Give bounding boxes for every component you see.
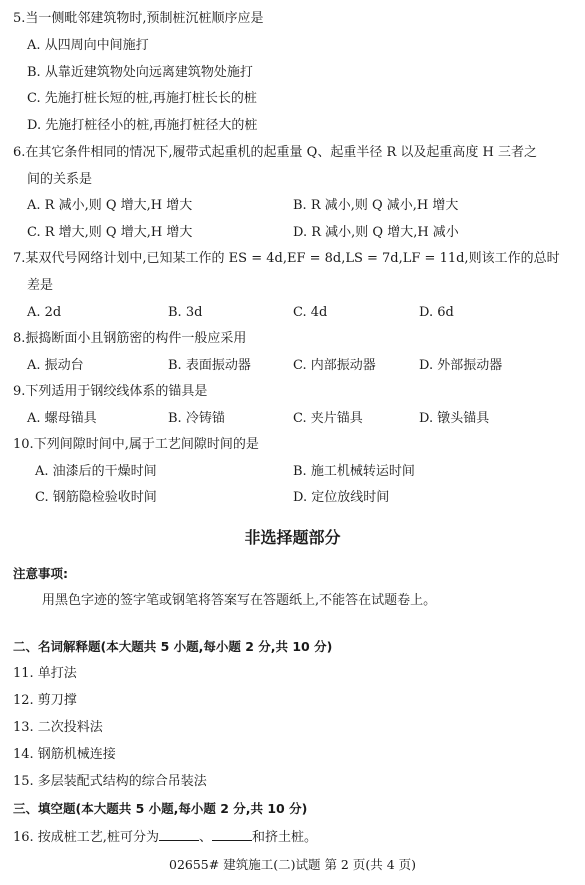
term-item-11: 11. 单打法 xyxy=(13,666,77,682)
q9-option-a: A. 螺母锚具 xyxy=(27,411,97,427)
q9-option-b: B. 冷铸锚 xyxy=(168,411,225,427)
q8-option-b: B. 表面振动器 xyxy=(168,358,251,374)
term-item-15: 15. 多层装配式结构的综合吊装法 xyxy=(13,774,207,790)
term-item-13: 13. 二次投料法 xyxy=(13,720,103,736)
section-3-heading: 三、填空题(本大题共 5 小题,每小题 2 分,共 10 分) xyxy=(13,801,307,817)
question-7-stem: 7.某双代号网络计划中,已知某工作的 ES = 4d,EF = 8d,LS = … xyxy=(13,251,560,267)
q6-option-c: C. R 增大,则 Q 增大,H 增大 xyxy=(27,225,192,241)
question-text: 16. 按成桩工艺,桩可分为 xyxy=(13,830,159,845)
question-text: 某双代号网络计划中,已知某工作的 ES = 4d,EF = 8d,LS = 7d… xyxy=(25,251,559,266)
question-text: 振捣断面小且钢筋密的构件一般应采用 xyxy=(25,331,246,346)
question-number: 5. xyxy=(13,11,25,26)
q7-option-a: A. 2d xyxy=(27,305,61,321)
q10-option-d: D. 定位放线时间 xyxy=(293,490,389,506)
q5-option-d: D. 先施打桩径小的桩,再施打桩径大的桩 xyxy=(27,118,257,134)
question-text: 下列适用于钢绞线体系的锚具是 xyxy=(25,384,207,399)
question-6-stem: 6.在其它条件相同的情况下,履带式起重机的起重量 Q、起重半径 R 以及起重高度… xyxy=(13,145,537,161)
question-number: 7. xyxy=(13,251,25,266)
q9-option-d: D. 镦头锚具 xyxy=(419,411,489,427)
term-item-14: 14. 钢筋机械连接 xyxy=(13,747,116,763)
q5-option-a: A. 从四周向中间施打 xyxy=(27,38,149,54)
q10-option-b: B. 施工机械转运时间 xyxy=(293,464,415,480)
q5-option-b: B. 从靠近建筑物处向远离建筑物处施打 xyxy=(27,65,253,81)
q5-option-c: C. 先施打桩长短的桩,再施打桩长长的桩 xyxy=(27,91,257,107)
question-number: 6. xyxy=(13,145,25,160)
q10-option-a: A. 油漆后的干燥时间 xyxy=(35,464,157,480)
page-footer: 02655# 建筑施工(二)试题 第 2 页(共 4 页) xyxy=(0,857,585,873)
question-text: 在其它条件相同的情况下,履带式起重机的起重量 Q、起重半径 R 以及起重高度 H… xyxy=(25,145,537,160)
q6-option-b: B. R 减小,则 Q 减小,H 增大 xyxy=(293,198,458,214)
question-9-stem: 9.下列适用于钢绞线体系的锚具是 xyxy=(13,384,207,400)
q10-option-c: C. 钢筋隐检验收时间 xyxy=(35,490,157,506)
answer-blank-2 xyxy=(212,828,252,841)
question-16: 16. 按成桩工艺,桩可分为、和挤土桩。 xyxy=(13,828,317,846)
notice-label: 注意事项: xyxy=(13,566,68,582)
question-text: 和挤土桩。 xyxy=(252,830,317,845)
question-6-stem-cont: 间的关系是 xyxy=(27,172,92,188)
question-5-stem: 5.当一侧毗邻建筑物时,预制桩沉桩顺序应是 xyxy=(13,11,264,27)
question-text: 当一侧毗邻建筑物时,预制桩沉桩顺序应是 xyxy=(25,11,263,26)
separator: 、 xyxy=(199,830,212,845)
section-2-heading: 二、名词解释题(本大题共 5 小题,每小题 2 分,共 10 分) xyxy=(13,639,332,655)
question-text: 下列间隙时间中,属于工艺间隙时间的是 xyxy=(34,437,259,452)
q9-option-c: C. 夹片锚具 xyxy=(293,411,363,427)
question-7-stem-cont: 差是 xyxy=(27,278,53,294)
q6-option-d: D. R 减小,则 Q 增大,H 减小 xyxy=(293,225,459,241)
section-title-non-choice: 非选择题部分 xyxy=(0,528,585,548)
q7-option-b: B. 3d xyxy=(168,305,202,321)
answer-blank-1 xyxy=(159,828,199,841)
question-8-stem: 8.振捣断面小且钢筋密的构件一般应采用 xyxy=(13,331,246,347)
q6-option-a: A. R 减小,则 Q 增大,H 增大 xyxy=(27,198,192,214)
q7-option-d: D. 6d xyxy=(419,305,454,321)
term-item-12: 12. 剪刀撑 xyxy=(13,693,77,709)
q8-option-a: A. 振动台 xyxy=(27,358,84,374)
question-number: 9. xyxy=(13,384,25,399)
question-number: 10. xyxy=(13,437,34,452)
q8-option-d: D. 外部振动器 xyxy=(419,358,502,374)
question-10-stem: 10.下列间隙时间中,属于工艺间隙时间的是 xyxy=(13,437,259,453)
question-number: 8. xyxy=(13,331,25,346)
q7-option-c: C. 4d xyxy=(293,305,327,321)
notice-text: 用黑色字迹的签字笔或钢笔将答案写在答题纸上,不能答在试题卷上。 xyxy=(42,593,436,609)
q8-option-c: C. 内部振动器 xyxy=(293,358,376,374)
